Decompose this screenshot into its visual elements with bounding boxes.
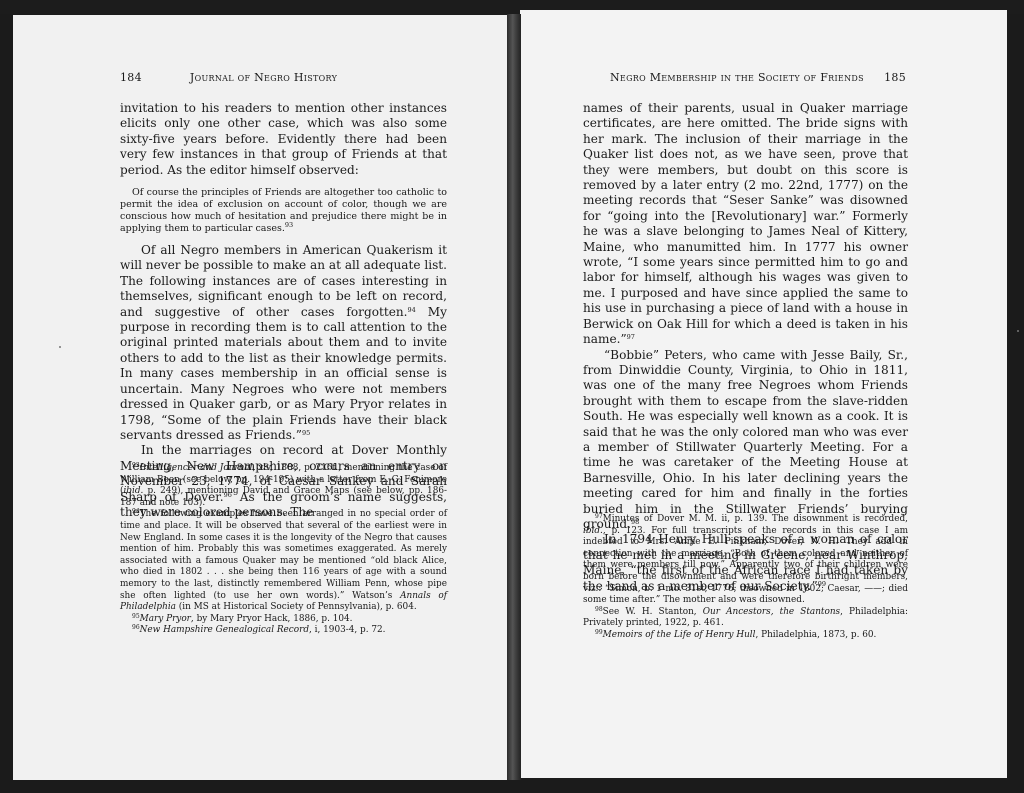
footnote-number: 93 xyxy=(132,462,140,469)
footnote-number: 95 xyxy=(132,613,140,620)
left-footnotes: 93Intelligencer and Journal, xlv, 1888, … xyxy=(120,463,447,637)
citation-title: Mary Pryor xyxy=(140,614,191,624)
footnote: 98See W. H. Stanton, Our Ancestors, the … xyxy=(583,607,908,630)
paragraph: names of their parents, usual in Quaker … xyxy=(583,101,908,348)
footnote-number: 98 xyxy=(595,606,603,613)
citation-title: ibid. xyxy=(123,486,143,496)
footnote-text: p. 249), mentioning David and Grace Maps… xyxy=(120,486,447,508)
footnote: 99Memoirs of the Life of Henry Hull, Phi… xyxy=(583,630,908,642)
page-number: 185 xyxy=(884,70,906,86)
left-running-header: 184 Journal of Negro History xyxy=(120,70,420,86)
citation-title: Memoirs of the Life of Henry Hull xyxy=(603,630,756,640)
citation-title: Our Ancestors, the Stantons xyxy=(703,607,840,617)
footnote: 96New Hampshire Genealogical Record, i, … xyxy=(120,625,447,637)
paragraph-text: Of all Negro members in American Quakeri… xyxy=(120,243,447,319)
citation-title: Intelligencer and Journal xyxy=(140,463,253,473)
scan-speck xyxy=(1017,330,1019,332)
footnote-number: 99 xyxy=(595,629,603,636)
left-body-text: invitation to his readers to mention oth… xyxy=(120,101,447,520)
footnote-text: See W. H. Stanton, xyxy=(603,607,703,617)
footnote-ref[interactable]: 93 xyxy=(285,221,293,229)
scan-speck xyxy=(59,346,61,348)
citation-title: New Hampshire Genealogical Record xyxy=(140,625,309,635)
footnote-text: , i, 1903-4, p. 72. xyxy=(309,625,385,635)
page-number: 184 xyxy=(120,70,142,86)
footnote-text: (in MS at Historical Society of Pennsylv… xyxy=(176,602,417,612)
paragraph-text: “Bobbie” Peters, who came with Jesse Bai… xyxy=(583,348,908,531)
paragraph-text: My purpose in recording them is to call … xyxy=(120,305,447,442)
footnote: 93Intelligencer and Journal, xlv, 1888, … xyxy=(120,463,447,509)
running-title: Journal of Negro History xyxy=(190,70,420,86)
right-footnotes: 97Minutes of Dover M. M. ii, p. 139. The… xyxy=(583,514,908,642)
citation-title: ibid. xyxy=(583,526,603,536)
footnote: 94The following examples have been arran… xyxy=(120,509,447,613)
running-title: Negro Membership in the Society of Frien… xyxy=(610,70,864,86)
quote-text: Of course the principles of Friends are … xyxy=(120,187,447,234)
footnote: 97Minutes of Dover M. M. ii, p. 139. The… xyxy=(583,514,908,607)
paragraph: “Bobbie” Peters, who came with Jesse Bai… xyxy=(583,348,908,533)
footnote-ref[interactable]: 95 xyxy=(302,429,310,437)
footnote: 95Mary Pryor, by Mary Pryor Hack, 1886, … xyxy=(120,614,447,626)
footnote-text: , p. 123. For full transcripts of the re… xyxy=(583,526,908,606)
footnote-number: 96 xyxy=(132,624,140,631)
footnote-text: Minutes of Dover M. M. ii, p. 139. The d… xyxy=(603,514,908,524)
footnote-text: , Philadelphia, 1873, p. 60. xyxy=(755,630,876,640)
footnote-text: The following examples have been arrange… xyxy=(120,509,447,600)
right-running-header: Negro Membership in the Society of Frien… xyxy=(610,70,906,86)
paragraph: invitation to his readers to mention oth… xyxy=(120,101,447,178)
paragraph-text: names of their parents, usual in Quaker … xyxy=(583,101,908,346)
footnote-number: 94 xyxy=(132,508,140,515)
footnote-text: , by Mary Pryor Hack, 1886, p. 104. xyxy=(191,614,353,624)
block-quote: Of course the principles of Friends are … xyxy=(120,187,447,235)
footnote-ref[interactable]: 97 xyxy=(627,333,635,341)
book-gutter xyxy=(507,14,521,780)
footnote-ref[interactable]: 94 xyxy=(408,306,416,314)
footnote-number: 97 xyxy=(595,513,603,520)
paragraph: Of all Negro members in American Quakeri… xyxy=(120,243,447,443)
